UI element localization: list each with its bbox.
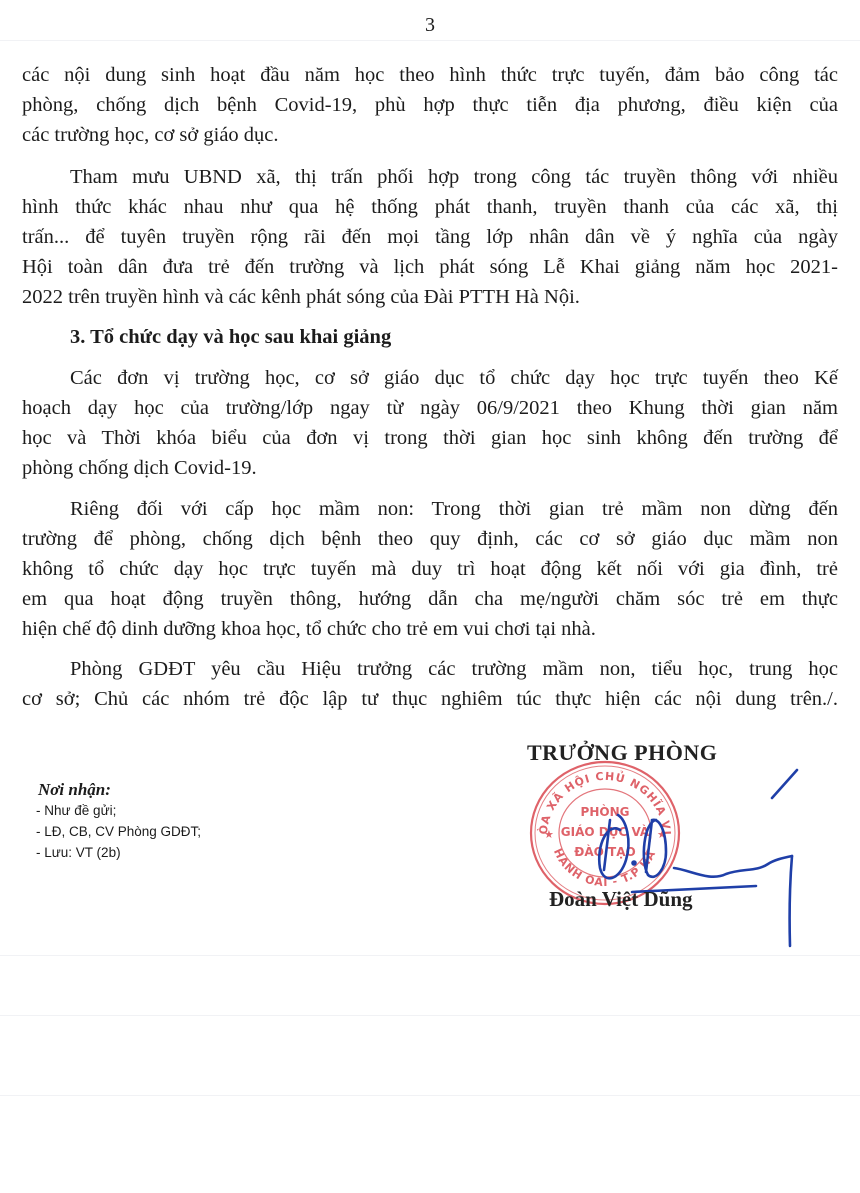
recipient-item: - Lưu: VT (2b) [36,842,201,863]
paragraph-3-line: Các đơn vị trường học, cơ sở giáo dục tổ… [70,366,838,390]
paragraph-2-line: 2022 trên truyền hình và các kênh phát s… [22,285,838,309]
paragraph-3-line: phòng chống dịch Covid-19. [22,456,838,480]
scan-artifact [0,1095,860,1096]
paragraph-1-line: phòng, chống dịch bệnh Covid-19, phù hợp… [22,93,838,117]
svg-text:★: ★ [544,829,554,841]
handwritten-signature-icon [560,760,820,950]
paragraph-4-line: hiện chế độ dinh dưỡng khoa học, tổ chức… [22,617,838,641]
signer-title: TRƯỞNG PHÒNG [527,740,717,766]
recipient-item: - LĐ, CB, CV Phòng GDĐT; [36,821,201,842]
paragraph-4-line: không tổ chức dạy học trực tuyến mà duy … [22,557,838,581]
signer-name: Đoàn Việt Dũng [549,887,693,912]
paragraph-2-line: Hội toàn dân đưa trẻ đến trường và lịch … [22,255,838,279]
recipients-block: Nơi nhận: - Như đề gửi; - LĐ, CB, CV Phò… [36,780,201,863]
paragraph-3-line: hoạch dạy học của trường/lớp ngay từ ngà… [22,396,838,420]
paragraph-4-line: em qua hoạt động truyền thông, hướng dẫn… [22,587,838,611]
paragraph-2-line: hình thức khác nhau như qua hệ thống phá… [22,195,838,219]
paragraph-3-line: học và Thời khóa biểu của đơn vị trong t… [22,426,838,450]
paragraph-4-line: trường để phòng, chống dịch bệnh theo qu… [22,527,838,551]
scan-artifact [0,40,860,41]
paragraph-2-line: Tham mưu UBND xã, thị trấn phối hợp tron… [70,165,838,189]
paragraph-4-line: Riêng đối với cấp học mầm non: Trong thờ… [70,497,838,521]
paragraph-1-line: các trường học, cơ sở giáo dục. [22,123,838,147]
recipients-title: Nơi nhận: [38,780,201,800]
recipient-item: - Như đề gửi; [36,800,201,821]
section-3-heading: 3. Tổ chức dạy và học sau khai giảng [70,325,391,349]
scan-artifact [0,955,860,956]
paragraph-1-line: các nội dung sinh hoạt đầu năm học theo … [22,63,838,87]
paragraph-5-line: Phòng GDĐT yêu cầu Hiệu trưởng các trườn… [70,657,838,681]
scan-artifact [0,1015,860,1016]
paragraph-2-line: trấn... để tuyên truyền rộng rãi đến mọi… [22,225,838,249]
paragraph-5-line: cơ sở; Chủ các nhóm trẻ độc lập tư thục … [22,687,838,711]
page-number: 3 [0,14,860,37]
